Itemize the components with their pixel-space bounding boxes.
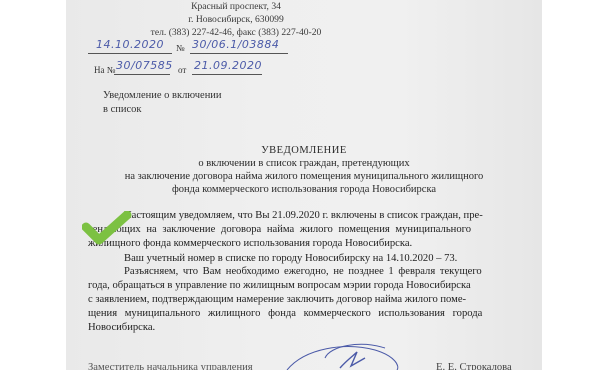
signature-icon <box>285 338 405 370</box>
reference-number: 30/07585 <box>116 59 173 72</box>
signer-name: Е. Е. Строкалова <box>436 362 512 370</box>
checkmark-icon <box>82 211 132 247</box>
reference-date: 21.09.2020 <box>194 59 262 72</box>
underline <box>114 74 170 75</box>
reference-from-label: от <box>178 65 186 75</box>
underline <box>190 53 288 54</box>
subject-line-1: Уведомление о включении <box>103 90 222 101</box>
title-line-1: о включении в список граждан, претендующ… <box>66 158 542 169</box>
body-p3-line-5: Новосибирска. <box>88 322 155 333</box>
underline <box>192 74 262 75</box>
body-p1-line-1: Настоящим уведомляем, что Вы 21.09.2020 … <box>124 210 483 221</box>
body-p2: Ваш учетный номер в списке по городу Нов… <box>124 253 457 264</box>
body-p1-line-2: тендующих на заключение договора найма ж… <box>88 224 471 235</box>
letterhead-city: г. Новосибирск, 630099 <box>66 14 406 25</box>
outgoing-date: 14.10.2020 <box>96 38 164 51</box>
body-p3-line-4: щения муниципального жилищного фонда ком… <box>88 308 482 319</box>
signer-position: Заместитель начальника управления <box>88 362 253 370</box>
letterhead-phone: тел. (383) 227-42-46, факс (383) 227-40-… <box>66 27 406 38</box>
underline <box>88 53 172 54</box>
title-line-3: фонда коммерческого использования города… <box>66 184 542 195</box>
letterhead-address: Красный проспект, 34 <box>66 1 406 12</box>
document-heading: УВЕДОМЛЕНИЕ <box>66 145 542 156</box>
document-page: Красный проспект, 34 г. Новосибирск, 630… <box>66 0 542 370</box>
title-line-2: на заключение договора найма жилого поме… <box>66 171 542 182</box>
body-p3-line-3: с заявлением, подтверждающим намерение з… <box>88 294 466 305</box>
reference-label: На № <box>94 65 115 75</box>
outgoing-number: 30/06.1/03884 <box>192 38 279 51</box>
subject-line-2: в список <box>103 104 142 115</box>
outgoing-number-label: № <box>176 43 185 53</box>
body-p1-line-3: жилищного фонда коммерческого использова… <box>88 238 412 249</box>
body-p3-line-1: Разъясняем, что Вам необходимо ежегодно,… <box>124 266 482 277</box>
body-p3-line-2: года, обращаться в управление по жилищны… <box>88 280 471 291</box>
